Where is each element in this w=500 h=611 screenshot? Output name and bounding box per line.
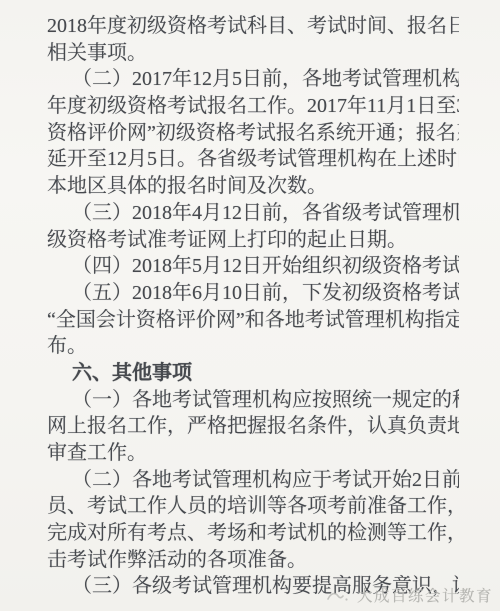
watermark: 大成百练会计教育: [327, 584, 493, 606]
section-heading-other-matters: 六、其他事项: [47, 360, 459, 387]
text-line: 击考试作弊活动的各项准备。: [47, 547, 459, 574]
text-line: 完成对所有考点、考场和考试机的检测等工作，并做好防范和打: [47, 520, 459, 547]
text-line: 2018年度初级资格考试科目、考试时间、报名日期、报名方法等: [47, 13, 459, 40]
document-text: 2018年度初级资格考试科目、考试时间、报名日期、报名方法等 相关事项。 （二）…: [47, 13, 459, 600]
text-line: （一）各地考试管理机构应按照统一规定的程序和时间组织: [47, 387, 459, 414]
text-line: 审查工作。: [47, 440, 459, 467]
text-line: 资格评价网”初级资格考试报名系统开通；报名系统中缴费系统: [47, 120, 459, 147]
text-line: 本地区具体的报名时间及次数。: [47, 173, 459, 200]
text-line: （二）2017年12月5日前，各地考试管理机构完成本地区2018: [47, 66, 459, 93]
text-line: （三）2018年4月12日前，各省级考试管理机构公布本地区初: [47, 200, 459, 227]
scanned-document-page: 2018年度初级资格考试科目、考试时间、报名日期、报名方法等 相关事项。 （二）…: [0, 0, 500, 611]
text-line: 延开至12月5日。各省级考试管理机构在上述时间段内，自行确定: [47, 146, 459, 173]
text-line: 员、考试工作人员的培训等各项考前准备工作，于考试开始前1天: [47, 493, 459, 520]
text-line: （二）各地考试管理机构应于考试开始2日前完成对监考人: [47, 467, 459, 494]
text-line: 级资格考试准考证网上打印的起止日期。: [47, 227, 459, 254]
text-line: 年度初级资格考试报名工作。2017年11月1日至30日，“全国会计: [47, 93, 459, 120]
text-line: “全国会计资格评价网”和各地考试管理机构指定媒体上公: [47, 307, 459, 334]
watermark-logo-icon: [327, 587, 353, 603]
text-line: （五）2018年6月10日前，下发初级资格考试成绩，并在: [47, 280, 459, 307]
text-line: （四）2018年5月12日开始组织初级资格考试。: [47, 253, 459, 280]
text-line: 布。: [47, 333, 459, 360]
text-line: 网上报名工作，严格把握报名条件，认真负责地做好报名资格的: [47, 413, 459, 440]
text-line: 相关事项。: [47, 40, 459, 67]
watermark-text: 大成百练会计教育: [357, 584, 493, 606]
